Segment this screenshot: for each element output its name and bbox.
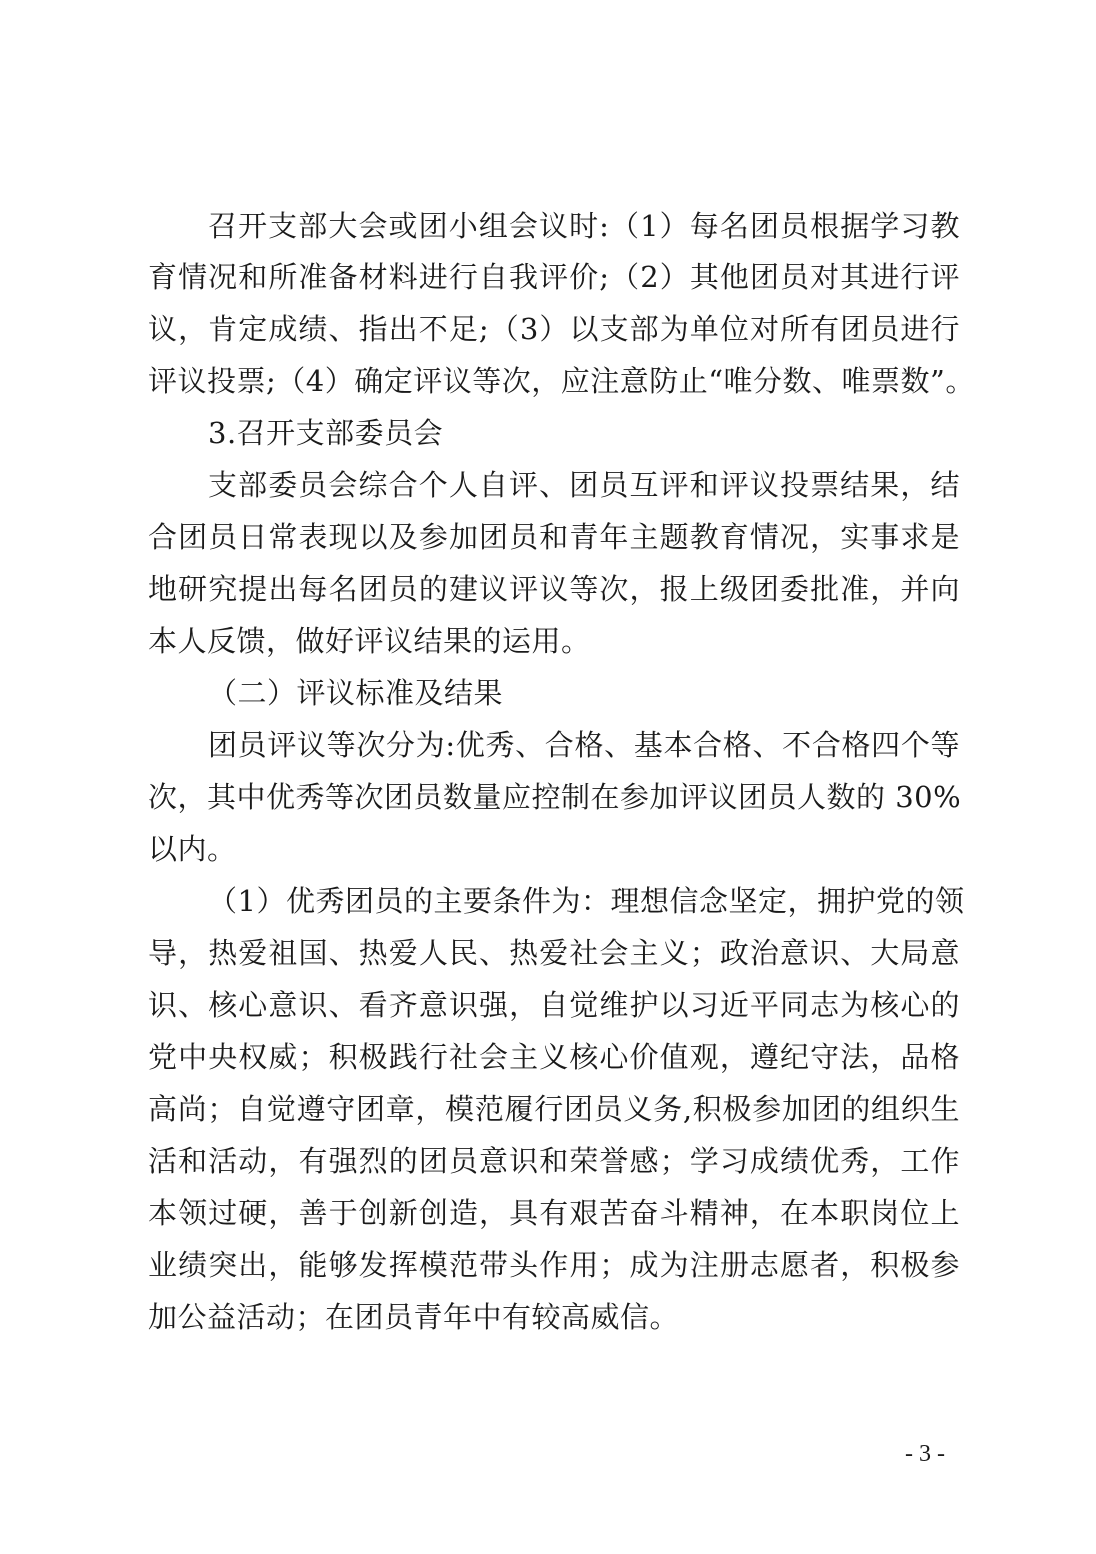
text-line: 合团员日常表现以及参加团员和青年主题教育情况，实事求是 (148, 517, 960, 557)
text-line: 地研究提出每名团员的建议评议等次，报上级团委批准，并向 (148, 569, 960, 609)
text-line: 以内。 (148, 829, 960, 869)
text-line: 支部委员会综合个人自评、团员互评和评议投票结果，结 (208, 465, 960, 505)
text-line: 评议投票;（4）确定评议等次，应注意防止“唯分数、唯票数”。 (148, 361, 960, 401)
text-line: 高尚；自觉遵守团章，模范履行团员义务,积极参加团的组织生 (148, 1089, 960, 1129)
text-line: 团员评议等次分为:优秀、合格、基本合格、不合格四个等 (208, 725, 960, 765)
text-line: 育情况和所准备材料进行自我评价;（2）其他团员对其进行评 (148, 257, 960, 297)
text-line: （二）评议标准及结果 (208, 673, 960, 713)
text-line: 党中央权威；积极践行社会主义核心价值观，遵纪守法，品格 (148, 1037, 960, 1077)
text-line: 3.召开支部委员会 (208, 413, 960, 453)
text-line: 召开支部大会或团小组会议时:（1）每名团员根据学习教 (208, 206, 960, 246)
document-page: 召开支部大会或团小组会议时:（1）每名团员根据学习教育情况和所准备材料进行自我评… (0, 0, 1096, 1554)
page-number: - 3 - (905, 1441, 945, 1468)
text-line: 活和活动，有强烈的团员意识和荣誉感；学习成绩优秀，工作 (148, 1141, 960, 1181)
text-line: 本领过硬，善于创新创造，具有艰苦奋斗精神，在本职岗位上 (148, 1193, 960, 1233)
text-line: 识、核心意识、看齐意识强，自觉维护以习近平同志为核心的 (148, 985, 960, 1025)
text-line: （1）优秀团员的主要条件为：理想信念坚定，拥护党的领 (208, 881, 960, 921)
text-line: 本人反馈，做好评议结果的运用。 (148, 621, 960, 661)
text-line: 业绩突出，能够发挥模范带头作用；成为注册志愿者，积极参 (148, 1245, 960, 1285)
text-line: 导，热爱祖国、热爱人民、热爱社会主义；政治意识、大局意 (148, 933, 960, 973)
text-line: 次，其中优秀等次团员数量应控制在参加评议团员人数的 30% (148, 777, 960, 817)
text-line: 议，肯定成绩、指出不足;（3）以支部为单位对所有团员进行 (148, 309, 960, 349)
text-line: 加公益活动；在团员青年中有较高威信。 (148, 1297, 960, 1337)
